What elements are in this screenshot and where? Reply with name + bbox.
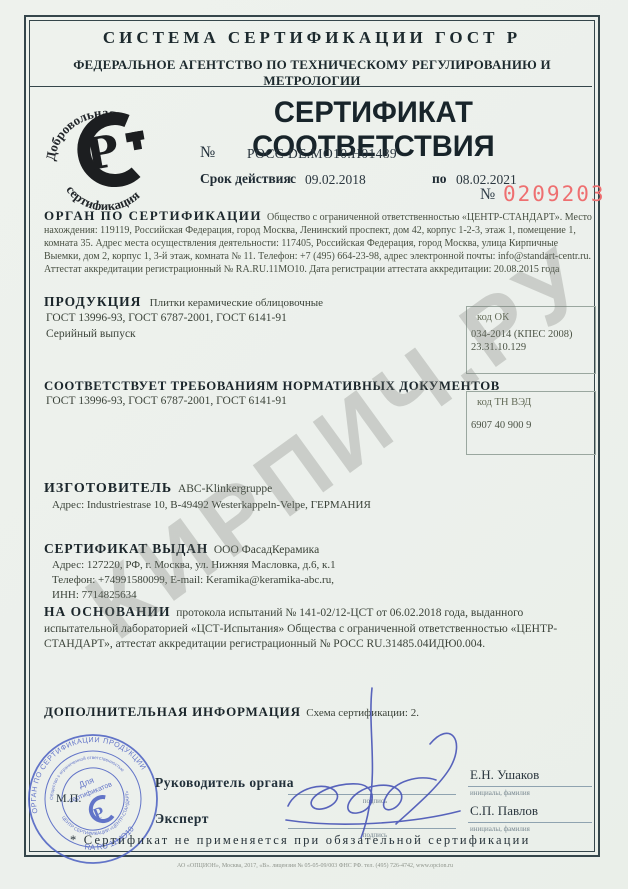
manufacturer-address: Адрес: Industriestrase 10, B-49492 Weste… bbox=[52, 499, 371, 511]
manufacturer-label: ИЗГОТОВИТЕЛЬ bbox=[44, 481, 172, 496]
header-divider bbox=[30, 86, 592, 87]
issued-to-phone: Телефон: +74991580099, E-mail: Keramika@… bbox=[52, 574, 334, 586]
code-ok-box: код ОК 034-2014 (КПЕС 2008) 23.31.10.129 bbox=[466, 306, 596, 374]
validity-from-date: 09.02.2018 bbox=[305, 172, 366, 188]
validity-from-label: с bbox=[290, 171, 296, 187]
code-tnved-value: 6907 40 900 9 bbox=[467, 408, 595, 433]
manufacturer-name: ABC-Klinkergruppe bbox=[178, 483, 272, 495]
code-tnved-label: код ТН ВЭД bbox=[467, 392, 595, 408]
agency-title: ФЕДЕРАЛЬНОЕ АГЕНТСТВО ПО ТЕХНИЧЕСКОМУ РЕ… bbox=[30, 57, 594, 89]
code-tnved-box: код ТН ВЭД 6907 40 900 9 bbox=[466, 391, 596, 455]
conforms-label: СООТВЕТСТВУЕТ ТРЕБОВАНИЯМ НОРМАТИВНЫХ ДО… bbox=[44, 379, 500, 394]
manufacturer-section: ИЗГОТОВИТЕЛЬ ABC-Klinkergruppe bbox=[44, 481, 524, 497]
certificate-page: СИСТЕМА СЕРТИФИКАЦИИ ГОСТ Р ФЕДЕРАЛЬНОЕ … bbox=[0, 0, 628, 889]
basis-label: НА ОСНОВАНИИ bbox=[44, 604, 170, 619]
footnote-text: Сертификат не применяется при обязательн… bbox=[84, 833, 531, 847]
serial-number-label: № bbox=[480, 186, 495, 204]
product-name: Плитки керамические облицовочные bbox=[150, 297, 323, 309]
footnote-asterisk: * bbox=[70, 833, 78, 847]
validity-label: Срок действия bbox=[200, 171, 291, 187]
issued-to-name: ООО ФасадКерамика bbox=[214, 544, 319, 556]
system-title: СИСТЕМА СЕРТИФИКАЦИИ ГОСТ Р bbox=[30, 28, 594, 48]
product-label: ПРОДУКЦИЯ bbox=[44, 294, 141, 309]
basis-section: НА ОСНОВАНИИ протокола испытаний № 141-0… bbox=[44, 604, 589, 653]
additional-info-label: ДОПОЛНИТЕЛЬНАЯ ИНФОРМАЦИЯ bbox=[44, 704, 301, 719]
rst-logo-icon: Добровольная сертификация Р bbox=[38, 94, 164, 210]
stamp-place-label: М.П. bbox=[56, 791, 81, 806]
product-serial-issue: Серийный выпуск bbox=[46, 328, 136, 340]
printer-imprint: АО «ОПЦИОН», Москва, 2017, «В». лицензия… bbox=[140, 863, 490, 869]
cert-number-label: № bbox=[200, 144, 215, 162]
code-ok-label: код ОК bbox=[467, 307, 595, 323]
issued-to-section: СЕРТИФИКАТ ВЫДАН ООО ФасадКерамика bbox=[44, 541, 524, 557]
code-ok-value-2: 23.31.10.129 bbox=[471, 342, 595, 355]
expert-role-label: Эксперт bbox=[155, 811, 209, 827]
validity-to-label: по bbox=[432, 171, 447, 187]
footnote: * Сертификат не применяется при обязател… bbox=[70, 833, 590, 848]
conforms-text: ГОСТ 13996-93, ГОСТ 6787-2001, ГОСТ 6141… bbox=[46, 395, 287, 407]
certification-stamp-icon: ОРГАН ПО СЕРТИФИКАЦИИ ПРОДУКЦИИ RA RU 11… bbox=[22, 728, 164, 870]
issued-to-label: СЕРТИФИКАТ ВЫДАН bbox=[44, 541, 208, 556]
handwritten-signature bbox=[278, 682, 488, 857]
serial-number-value: 0209203 bbox=[503, 182, 606, 206]
certification-body-label: ОРГАН ПО СЕРТИФИКАЦИИ bbox=[44, 208, 262, 223]
head-role-label: Руководитель органа bbox=[155, 775, 294, 791]
cert-number-value: РОСС DE.MO10.H01489 bbox=[247, 146, 397, 162]
issued-to-address: Адрес: 127220, РФ, г. Москва, ул. Нижняя… bbox=[52, 559, 336, 571]
certification-body-section: ОРГАН ПО СЕРТИФИКАЦИИ Общество с огранич… bbox=[44, 210, 596, 277]
product-section: ПРОДУКЦИЯ Плитки керамические облицовочн… bbox=[44, 294, 454, 310]
svg-text:ОРГАН ПО СЕРТИФИКАЦИИ ПРОДУКЦИ: ОРГАН ПО СЕРТИФИКАЦИИ ПРОДУКЦИИ bbox=[22, 728, 149, 816]
issued-to-inn: ИНН: 7714825634 bbox=[52, 589, 137, 601]
code-ok-value-1: 034-2014 (КПЕС 2008) bbox=[471, 329, 595, 342]
product-gost-line: ГОСТ 13996-93, ГОСТ 6787-2001, ГОСТ 6141… bbox=[46, 312, 287, 324]
